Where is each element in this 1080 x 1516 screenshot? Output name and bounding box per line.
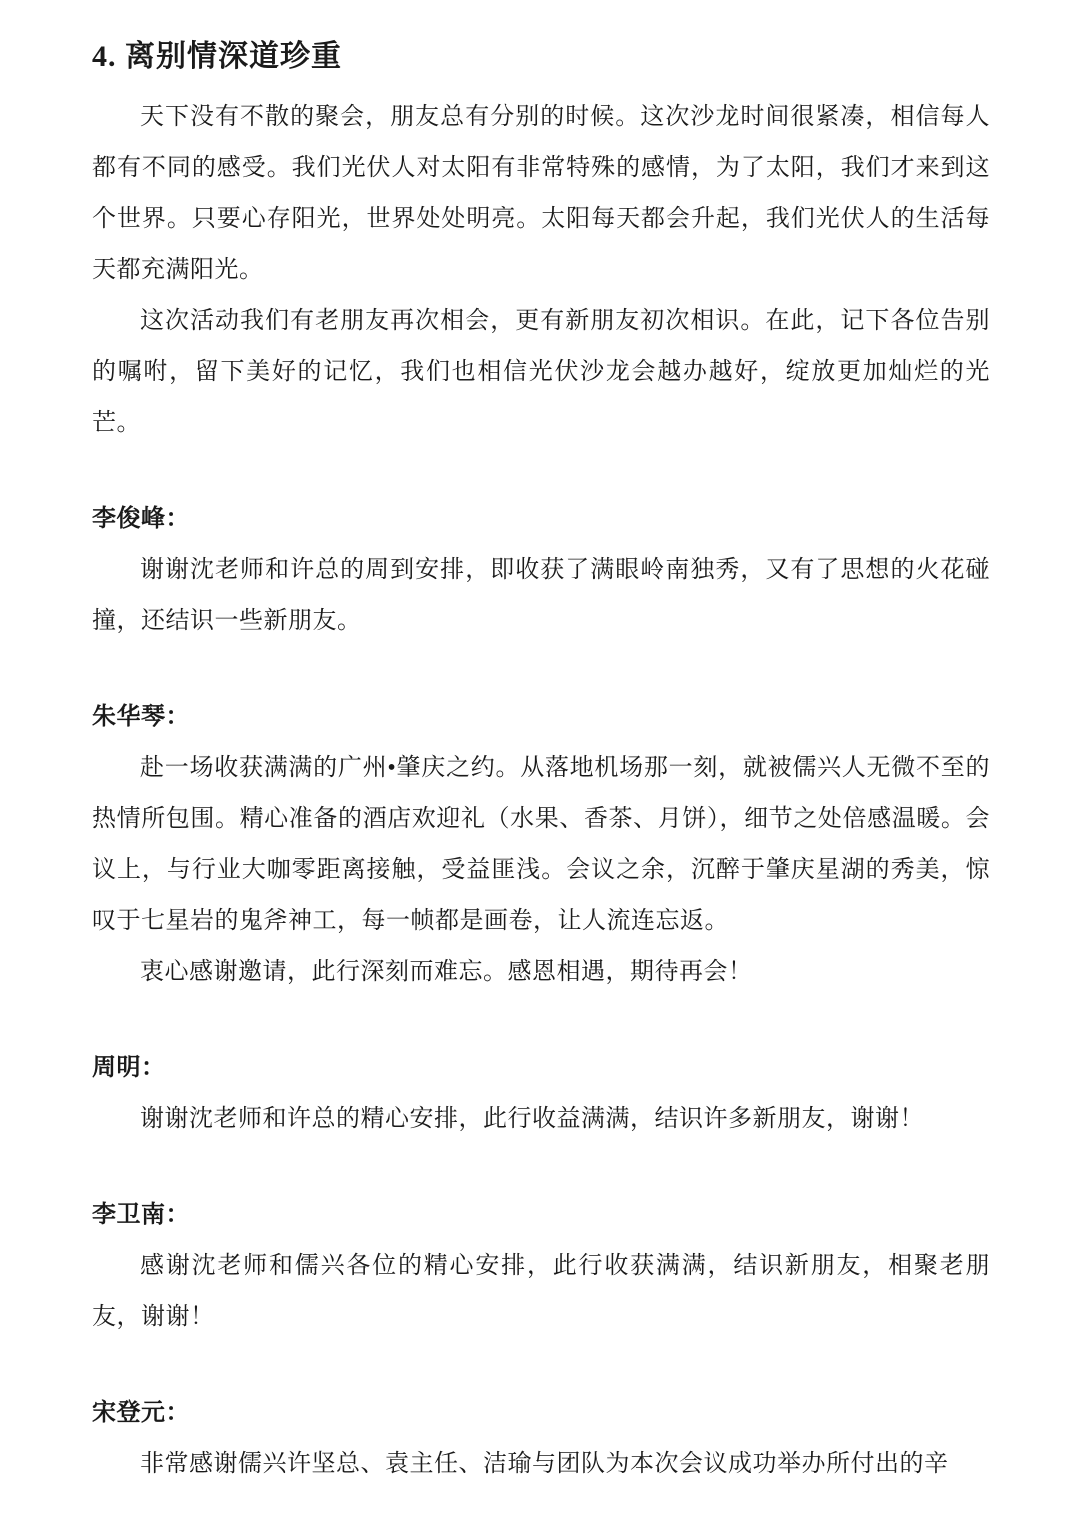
speaker-name: 李俊峰：	[92, 494, 990, 545]
speaker-name: 朱华琴：	[92, 692, 990, 743]
message-li-junfeng: 李俊峰： 谢谢沈老师和许总的周到安排，即收获了满眼岭南独秀，又有了思想的火花碰撞…	[92, 494, 990, 647]
message-zhou-ming: 周明： 谢谢沈老师和许总的精心安排，此行收益满满，结识许多新朋友，谢谢！	[92, 1043, 990, 1145]
message-paragraph: 赴一场收获满满的广州•肇庆之约。从落地机场那一刻，就被儒兴人无微不至的热情所包围…	[92, 743, 990, 947]
message-paragraph: 谢谢沈老师和许总的精心安排，此行收益满满，结识许多新朋友，谢谢！	[92, 1094, 990, 1145]
intro-paragraph-1: 天下没有不散的聚会，朋友总有分别的时候。这次沙龙时间很紧凑，相信每人都有不同的感…	[92, 92, 990, 296]
message-paragraph: 谢谢沈老师和许总的周到安排，即收获了满眼岭南独秀，又有了思想的火花碰撞，还结识一…	[92, 545, 990, 647]
message-paragraph: 非常感谢儒兴许坚总、袁主任、洁瑜与团队为本次会议成功举办所付出的辛	[92, 1439, 990, 1490]
speaker-name: 周明：	[92, 1043, 990, 1094]
intro-paragraph-2: 这次活动我们有老朋友再次相会，更有新朋友初次相识。在此，记下各位告别的嘱咐，留下…	[92, 296, 990, 449]
message-song-dengyuan: 宋登元： 非常感谢儒兴许坚总、袁主任、洁瑜与团队为本次会议成功举办所付出的辛	[92, 1388, 990, 1490]
document-page: 4. 离别情深道珍重 天下没有不散的聚会，朋友总有分别的时候。这次沙龙时间很紧凑…	[0, 0, 1080, 1516]
message-paragraph: 衷心感谢邀请，此行深刻而难忘。感恩相遇，期待再会！	[92, 947, 990, 998]
message-zhu-huaqin: 朱华琴： 赴一场收获满满的广州•肇庆之约。从落地机场那一刻，就被儒兴人无微不至的…	[92, 692, 990, 998]
message-li-weinan: 李卫南： 感谢沈老师和儒兴各位的精心安排，此行收获满满，结识新朋友，相聚老朋友，…	[92, 1190, 990, 1343]
speaker-name: 李卫南：	[92, 1190, 990, 1241]
message-paragraph: 感谢沈老师和儒兴各位的精心安排，此行收获满满，结识新朋友，相聚老朋友，谢谢！	[92, 1241, 990, 1343]
speaker-name: 宋登元：	[92, 1388, 990, 1439]
section-title: 4. 离别情深道珍重	[92, 38, 990, 76]
